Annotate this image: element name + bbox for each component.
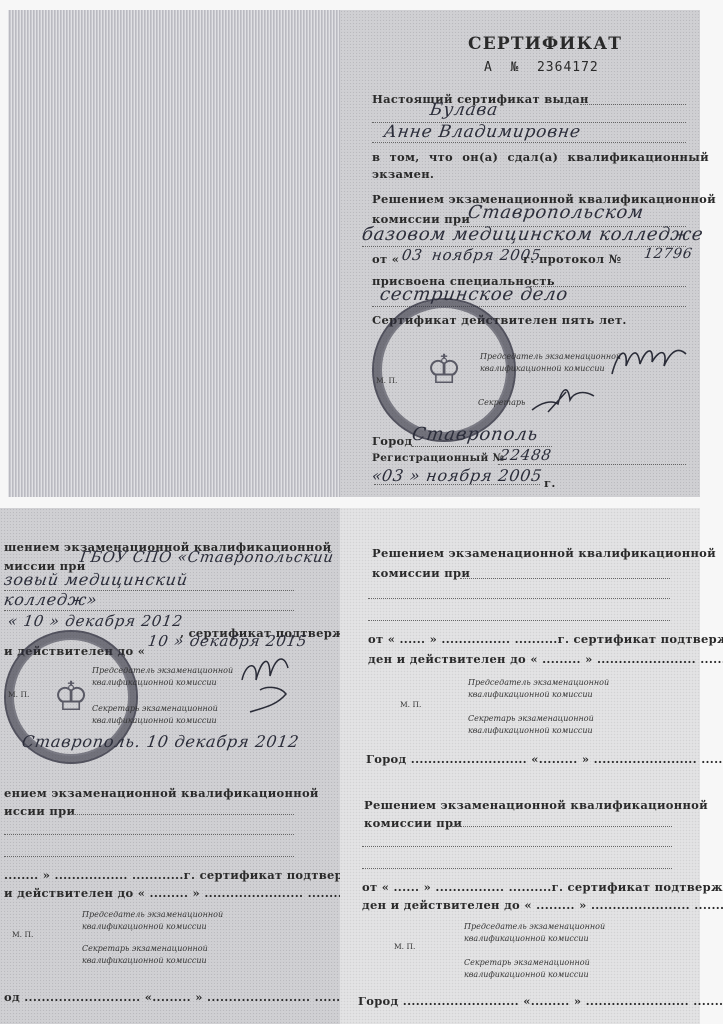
chairman-label-2: квалификационной комиссии bbox=[480, 364, 605, 373]
renewal-secretary-label-2: квалификационной комиссии bbox=[92, 716, 217, 725]
specialty-value: сестринское дело bbox=[379, 284, 570, 305]
blank-r1-chairman-2: квалификационной комиссии bbox=[468, 690, 593, 699]
certificate-number: 2364172 bbox=[537, 60, 599, 75]
blank-r2-chairman-2: квалификационной комиссии bbox=[464, 934, 589, 943]
registration-date: 03 » ноября 2005 bbox=[381, 466, 544, 485]
blank-left-city-line: од ........................... «........… bbox=[4, 990, 374, 1004]
renewal-secretary-label-1: Секретарь экзаменационной bbox=[92, 704, 218, 713]
blank-left-secretary-1: Секретарь экзаменационной bbox=[82, 944, 208, 953]
holder-name: Анне Владимировне bbox=[383, 122, 583, 142]
protocol-label: г. протокол № bbox=[523, 252, 621, 266]
blank-r1-secretary-2: квалификационной комиссии bbox=[468, 726, 593, 735]
certificate-serial: А № 2364172 bbox=[484, 60, 599, 75]
city-label: Город bbox=[372, 434, 413, 448]
protocol-number: 12796 bbox=[643, 246, 694, 262]
blank-r1-decision-line: Решением экзаменационной квалификационно… bbox=[372, 546, 716, 560]
dotted-line bbox=[498, 464, 686, 465]
secretary-label: Секретарь bbox=[478, 398, 525, 407]
blank-r2-decision-line: Решением экзаменационной квалификационно… bbox=[364, 798, 708, 812]
exam-text-1: в том, что он(а) сдал(а) квалификационны… bbox=[372, 150, 709, 164]
double-headed-eagle-icon: ♔ bbox=[53, 674, 89, 720]
renewal-chairman-signature bbox=[236, 650, 296, 720]
renewal-from-date: « 10 » декабря 2012 bbox=[7, 612, 184, 630]
blank-left-chairman-1: Председатель экзаменационной bbox=[82, 910, 223, 919]
chairman-label-1: Председатель экзаменационной bbox=[480, 352, 621, 361]
dotted-line bbox=[72, 814, 294, 815]
commission-name-2: базовом медицинском колледже bbox=[361, 224, 705, 245]
dotted-line bbox=[368, 620, 670, 621]
dotted-line bbox=[368, 598, 670, 599]
city-value: Ставрополь bbox=[411, 424, 540, 445]
blank-r2-commission-label: комиссии при bbox=[364, 816, 462, 830]
exam-text-2: экзамен. bbox=[372, 167, 434, 181]
dotted-line bbox=[460, 578, 670, 579]
blank-r1-city-line: Город ........................... «.....… bbox=[366, 752, 723, 766]
blank-r2-valid-line: ден и действителен до « ......... » ....… bbox=[362, 898, 723, 912]
blank-r1-valid-line: ден и действителен до « ......... » ....… bbox=[368, 652, 723, 666]
double-headed-eagle-icon: ♔ bbox=[426, 347, 462, 393]
blank-r1-chairman-1: Председатель экзаменационной bbox=[468, 678, 609, 687]
blank-r1-stamp-place: М. П. bbox=[400, 700, 421, 709]
renewal-commission-name-3: колледж» bbox=[3, 590, 99, 609]
renewal-chairman-label-1: Председатель экзаменационной bbox=[92, 666, 233, 675]
blank-r2-secretary-2: квалификационной комиссии bbox=[464, 970, 589, 979]
blank-r2-chairman-1: Председатель экзаменационной bbox=[464, 922, 605, 931]
dotted-line bbox=[362, 868, 672, 869]
blank-r2-secretary-1: Секретарь экзаменационной bbox=[464, 958, 590, 967]
renewal-commission-name-1: ГБОУ СПО «Ставропольский bbox=[79, 548, 335, 566]
blank-r2-city-line: Город ........................... «.....… bbox=[358, 994, 723, 1008]
blank-left-decision-line: ением экзаменационной квалификационной bbox=[4, 786, 319, 800]
dotted-line bbox=[374, 484, 540, 485]
registration-label: Регистрационный № bbox=[372, 452, 504, 464]
dotted-line bbox=[362, 846, 672, 847]
blank-left-stamp-place: М. П. bbox=[12, 930, 33, 939]
renewal-chairman-label-2: квалификационной комиссии bbox=[92, 678, 217, 687]
blank-r2-from-line: от « ...... » ................ .........… bbox=[362, 880, 723, 894]
secretary-signature bbox=[528, 382, 598, 418]
series-label: А bbox=[484, 60, 493, 75]
blank-r1-secretary-1: Секретарь экзаменационной bbox=[468, 714, 594, 723]
blank-left-from-line: ........ » ................. ...........… bbox=[4, 868, 360, 882]
dotted-line bbox=[4, 610, 294, 611]
blank-left-secretary-2: квалификационной комиссии bbox=[82, 956, 207, 965]
dotted-line bbox=[372, 142, 686, 143]
blank-left-valid-line: и действителен до « ......... » ........… bbox=[4, 886, 371, 900]
dotted-line bbox=[4, 834, 294, 835]
exam-date-day: 03 bbox=[401, 246, 424, 264]
renewal-stamp-place-label: М. П. bbox=[8, 690, 29, 699]
blank-r1-commission-label: комиссии при bbox=[372, 566, 470, 580]
renewal-commission-name-2: зовый медицинский bbox=[3, 570, 190, 589]
blank-left-chairman-2: квалификационной комиссии bbox=[82, 922, 207, 931]
dotted-line bbox=[452, 826, 672, 827]
renewal-city-date: Ставрополь. 10 декабря 2012 bbox=[21, 732, 301, 751]
stamp-place-label: М. П. bbox=[376, 376, 397, 385]
from-label: от « bbox=[372, 252, 399, 266]
registration-year-suffix: г. bbox=[544, 476, 556, 490]
dotted-line bbox=[4, 856, 294, 857]
registration-number: 22488 bbox=[499, 446, 553, 464]
holder-surname: Булава bbox=[429, 100, 500, 120]
commission-name-1: Ставропольском bbox=[467, 202, 646, 223]
dotted-line bbox=[580, 104, 686, 105]
blank-r2-stamp-place: М. П. bbox=[394, 942, 415, 951]
blank-page-left bbox=[8, 10, 340, 497]
number-sign: № bbox=[510, 60, 519, 75]
chairman-signature bbox=[608, 340, 688, 380]
renewal-valid-until-date: 10 » декабря 2015 bbox=[147, 632, 309, 650]
certificate-title: СЕРТИФИКАТ bbox=[468, 34, 622, 54]
blank-left-commission-label: иссии при bbox=[4, 804, 75, 818]
blank-r1-from-line: от « ...... » ................ .........… bbox=[368, 632, 723, 646]
